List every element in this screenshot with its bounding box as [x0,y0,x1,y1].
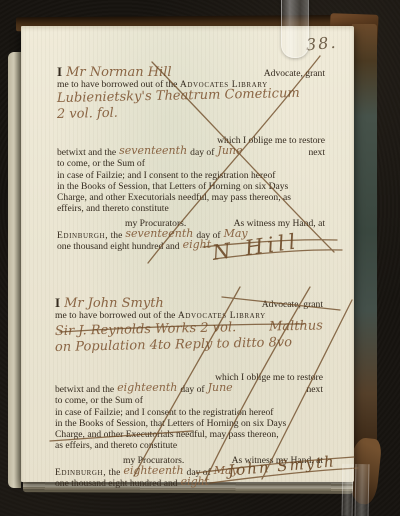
printed-failzie-2: in the Books of Session, that Letters of… [57,181,325,192]
printed-betwixt: betwixt and the [55,384,114,395]
printed-borrowed-prefix: me to have borrowed out of the [55,310,175,321]
printed-grant: Advocate, grant [262,299,323,310]
return-month: June [217,145,242,156]
printed-lead-i: I [57,66,62,77]
printed-next: next [308,147,325,158]
printed-edinburgh: Edinburgh, [55,467,106,478]
library-name: Advocates Library [178,310,266,321]
printed-next: next [306,384,323,395]
printed-edinburgh-the: the [111,230,123,241]
plastic-page-clip-bottom [342,464,369,516]
printed-oblige: which I oblige me to restore [55,372,323,383]
printed-failzie-3: Charge, and other Executorials needful, … [57,192,325,203]
printed-sum: to come, or the Sum of [57,158,325,169]
return-day: seventeenth [119,145,187,156]
printed-oblige: which I oblige me to restore [57,135,325,146]
register-photograph: 38. I Mr Norman Hill Advocate, grant me … [0,0,400,516]
printed-year-prefix: one thousand eight hundred and [55,478,178,489]
return-month: June [208,382,233,393]
plastic-strip [342,464,354,516]
signed-day: eighteenth [123,465,183,476]
printed-year-prefix: one thousand eight hundred and [57,241,180,252]
printed-grant: Advocate, grant [264,68,325,79]
plastic-page-clip-top [281,0,309,58]
printed-failzie-2: in the Books of Session, that Letters of… [55,418,323,429]
book-cover-right-edge [352,24,377,486]
plastic-strip [355,464,370,516]
printed-failzie-1: in case of Failzie; and I consent to the… [57,170,325,181]
book-title-line2: on Population 4to Reply to ditto 8vo [55,336,323,358]
printed-day-of: day of [190,147,214,158]
book-title-line2: 2 vol. fol. [57,103,325,125]
return-day: eighteenth [117,382,177,393]
borrower-name: Mr Norman Hill [66,67,264,78]
book-title-line1: Malthus [269,320,323,332]
previous-page-edge [8,52,21,488]
printed-sum: to come, or the Sum of [55,395,323,406]
printed-failzie-4: effeirs, and thereto constitute [57,203,325,214]
page-number: 38. [305,33,338,55]
register-page: 38. I Mr Norman Hill Advocate, grant me … [21,26,354,482]
printed-day-of: day of [180,384,204,395]
printed-failzie-4: as effeirs, and thereto constitute [55,440,323,451]
borrower-name: Mr John Smyth [64,298,262,309]
printed-failzie-1: in case of Failzie; and I consent to the… [55,407,323,418]
year-word: eight [181,476,210,487]
printed-lead-i: I [55,297,60,308]
printed-failzie-3: Charge, and other Executorials needful, … [55,429,323,440]
printed-edinburgh: Edinburgh, [57,230,108,241]
printed-betwixt: betwixt and the [57,147,116,158]
printed-edinburgh-the: the [109,467,121,478]
year-word: eight [183,239,212,250]
book-title-struck: Sir J. Reynolds Works 2 vol. [55,322,236,337]
borrow-entry-1: I Mr Norman Hill Advocate, grant me to h… [57,66,325,251]
